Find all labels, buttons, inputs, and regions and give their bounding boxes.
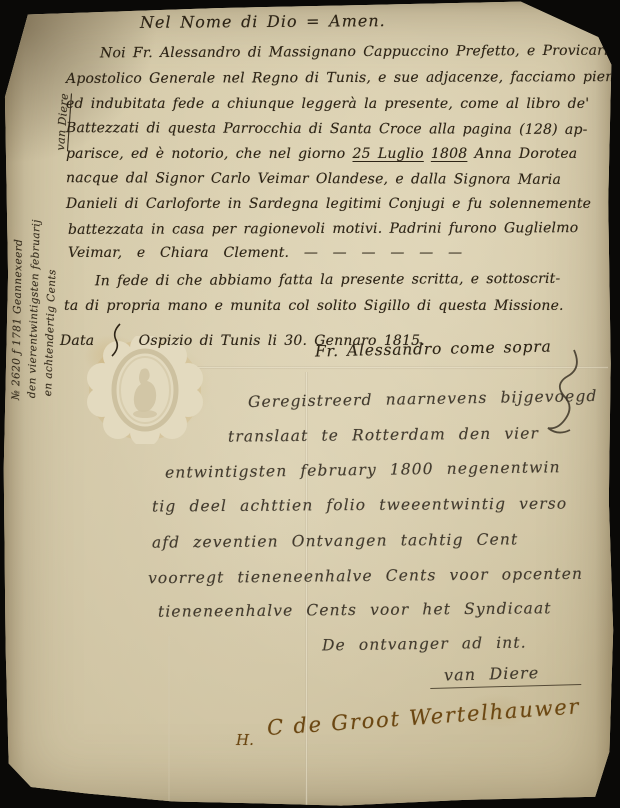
fold-crease [168,636,170,806]
margin-line-3: en achtendertig Cents [42,181,61,396]
italian-line-5: parisce, ed è notorio, che nel giorno 25… [66,146,577,162]
italian-line-10: In fede di che abbiamo fatta la presente… [95,271,560,289]
italian-line-7: Danieli di Carloforte in Sardegna legiti… [66,196,591,212]
italian-line-8: battezzata in casa per ragionevoli motiv… [68,220,578,238]
italian-line-2: Apostolico Generale nel Regno di Tunis, … [66,69,620,87]
margin-line-1: № 2620 ƒ 1781 Geannexeerd [10,55,28,400]
italian-line-4: Battezzati di questa Parrocchia di Santa… [66,120,588,138]
line-5-pre: parisce, ed è notorio, che nel giorno [66,146,353,162]
dutch-line-3: entwintigsten february 1800 negenentwin [165,458,561,482]
countersign-initial: H. [236,731,254,749]
dutch-line-8: De ontvanger ad int. [322,634,527,655]
receiver-signature: van Diere [430,662,582,689]
italian-line-11: ta di propria mano e munita col solito S… [64,298,564,314]
dutch-line-4: tig deel achttien folio tweeentwintig ve… [152,495,567,516]
italian-line-3: ed indubitata fede a chiunque leggerà la… [66,96,589,112]
dutch-line-2: translaat te Rotterdam den vier [228,424,539,445]
italian-line-9: Veimar, e Chiara Clement. — — — — — — [68,245,462,261]
baptism-date: 25 Luglio [353,146,424,162]
dutch-line-5: afd zeventien Ontvangen tachtig Cent [152,530,518,551]
brace-flourish-icon [110,323,124,357]
document-page: Nel Nome di Dio = Amen. Noi Fr. Alessand… [0,0,620,808]
italian-line-1: Noi Fr. Alessandro di Massignano Cappucc… [100,43,617,62]
dutch-line-6: voorregt tieneneenhalve Cents voor opcen… [148,565,583,588]
dutch-line-7: tieneneenhalve Cents voor het Syndicaat [158,599,552,620]
dateline-label: Data [60,333,94,349]
priest-signature: Fr. Alessandro come sopra [315,338,552,361]
line-5-post: Anna Dorotea [467,146,577,162]
line-5-sep [424,146,431,162]
title-line: Nel Nome di Dio = Amen. [140,11,386,32]
italian-line-6: nacque dal Signor Carlo Veimar Olandese,… [66,170,561,188]
baptism-year: 1808 [431,146,467,162]
countersign-signature: C de Groot Wertelhauwer [266,694,581,740]
